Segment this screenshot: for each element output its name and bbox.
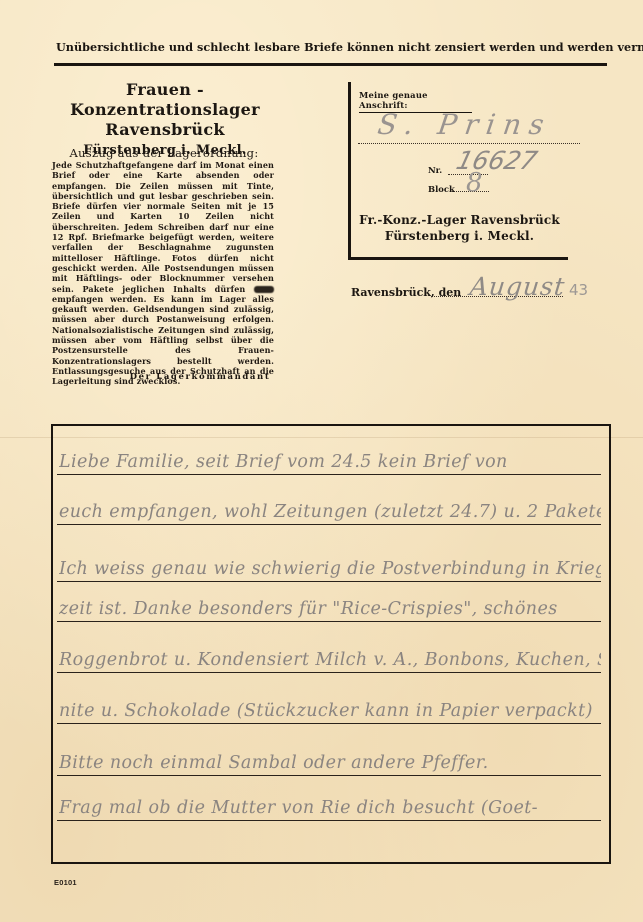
handwritten-date-year: 43 xyxy=(569,281,588,299)
letter-line-text: Liebe Familie, seit Brief vom 24.5 kein … xyxy=(59,452,601,472)
camp-title-line1: Frauen - Konzentrationslager xyxy=(70,80,260,119)
rules-text-part1: Jede Schutzhaftgefangene darf im Monat e… xyxy=(52,160,274,294)
address-box-bottom-border xyxy=(348,257,568,260)
commandant-signature: Der Lagerkommandant xyxy=(110,372,290,382)
ruled-line-1 xyxy=(57,474,601,475)
date-label: Ravensbrück, den xyxy=(351,286,461,299)
block-label: Block xyxy=(428,184,455,194)
letter-line-text: Roggenbrot u. Kondensiert Milch v. A., B… xyxy=(59,650,601,670)
handwritten-date-month: August xyxy=(468,272,566,301)
rules-heading: Auszug aus der Lagerordnung: xyxy=(48,146,280,160)
redacted-word-mark xyxy=(254,286,274,293)
prisoner-number-label: Nr. xyxy=(428,165,442,175)
address-print-line1: Fr.-Konz.-Lager Ravensbrück xyxy=(359,213,560,227)
ruled-line-2 xyxy=(57,524,601,525)
address-box-left-border xyxy=(348,82,351,260)
address-print-line2: Fürstenberg i. Meckl. xyxy=(385,229,534,243)
printed-camp-address: Fr.-Konz.-Lager Ravensbrück Fürstenberg … xyxy=(352,212,567,244)
form-code: E0101 xyxy=(54,878,77,887)
letter-line-text: euch empfangen, wohl Zeitungen (zuletzt … xyxy=(59,502,601,522)
letter-line-text: nite u. Schokolade (Stückzucker kann in … xyxy=(59,701,601,721)
ruled-line-7 xyxy=(57,775,601,776)
name-dotted-line xyxy=(358,143,580,144)
camp-rules-text: Jede Schutzhaftgefangene darf im Monat e… xyxy=(52,160,274,387)
letter-line-text: Ich weiss genau wie schwierig die Postve… xyxy=(59,559,601,579)
ruled-line-3 xyxy=(57,581,601,582)
handwritten-sender-name: S. Prins xyxy=(376,108,554,141)
censorship-warning: Unübersichtliche und schlecht lesbare Br… xyxy=(56,40,606,54)
camp-title-line2: Ravensbrück xyxy=(105,120,225,139)
handwritten-block-number: 8 xyxy=(466,168,483,198)
ruled-line-5 xyxy=(57,672,601,673)
ruled-line-6 xyxy=(57,723,601,724)
header-divider xyxy=(54,63,607,66)
letter-line-text: Bitte noch einmal Sambal oder andere Pfe… xyxy=(59,753,601,773)
ruled-line-8 xyxy=(57,820,601,821)
letter-writing-area: Liebe Familie, seit Brief vom 24.5 kein … xyxy=(51,424,611,864)
letter-line-text: zeit ist. Danke besonders für "Rice-Cris… xyxy=(59,599,601,619)
ruled-line-4 xyxy=(57,621,601,622)
letter-line-text: Frag mal ob die Mutter von Rie dich besu… xyxy=(59,798,601,818)
